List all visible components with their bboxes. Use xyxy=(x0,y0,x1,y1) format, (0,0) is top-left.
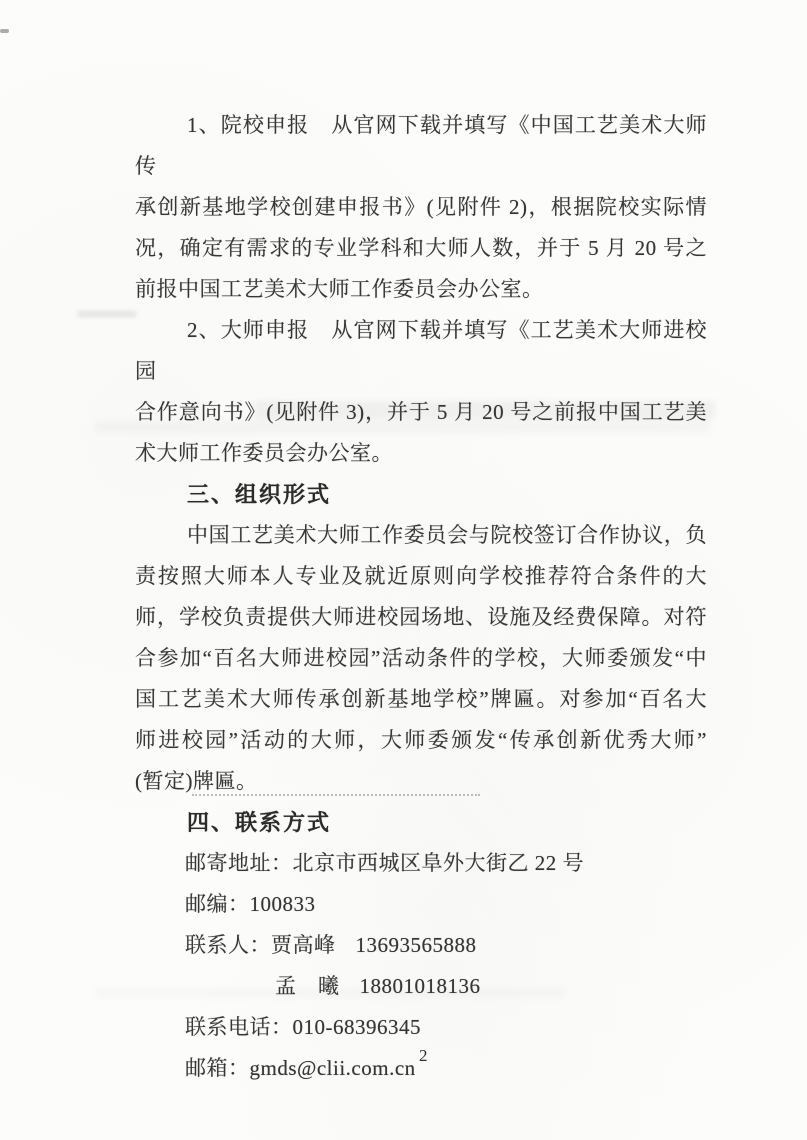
text-line: (暂定)牌匾。 xyxy=(135,761,707,802)
contact-person1-row: 联系人：贾高峰13693565888 xyxy=(185,925,707,966)
contact-address-label: 邮寄地址： xyxy=(185,851,293,875)
paragraph-master-application: 2、大师申报 从官网下载并填写《工艺美术大师进校园合作意向书》(见附件 3)，并… xyxy=(135,310,707,474)
text-line: 合参加“百名大师进校园”活动条件的学校，大师委颁发“中 xyxy=(135,638,707,679)
contact-person-label: 联系人： xyxy=(185,933,271,957)
paragraph-school-application: 1、院校申报 从官网下载并填写《中国工艺美术大师传承创新基地学校创建申报书》(见… xyxy=(135,105,707,310)
section-heading-contact: 四、联系方式 xyxy=(135,802,707,843)
text-line: 前报中国工艺美术大师工作委员会办公室。 xyxy=(135,269,707,310)
text-line: 责按照大师本人专业及就近原则向学校推荐符合条件的大 xyxy=(135,556,707,597)
contact-address-value: 北京市西城区阜外大街乙 22 号 xyxy=(293,851,585,875)
text-line: 承创新基地学校创建申报书》(见附件 2)，根据院校实际情 xyxy=(135,187,707,228)
text-line: 况，确定有需求的专业学科和大师人数，并于 5 月 20 号之 xyxy=(135,228,707,269)
contact-postcode-row: 邮编：100833 xyxy=(185,884,707,925)
text-line: 合作意向书》(见附件 3)，并于 5 月 20 号之前报中国工艺美 xyxy=(135,392,707,433)
contact-person1-name: 贾高峰 xyxy=(271,933,336,957)
contact-person2-phone: 18801018136 xyxy=(360,974,481,998)
document-page: 1、院校申报 从官网下载并填写《中国工艺美术大师传承创新基地学校创建申报书》(见… xyxy=(0,0,807,1140)
contact-address-row: 邮寄地址：北京市西城区阜外大街乙 22 号 xyxy=(185,843,707,884)
contact-email-value: gmds@clii.com.cn xyxy=(250,1056,416,1080)
text-line: 中国工艺美术大师工作委员会与院校签订合作协议，负 xyxy=(135,515,707,556)
text-line: 术大师工作委员会办公室。 xyxy=(135,433,707,474)
text-line: 2、大师申报 从官网下载并填写《工艺美术大师进校园 xyxy=(135,310,707,392)
contact-person1-phone: 13693565888 xyxy=(356,933,477,957)
contact-postcode-label: 邮编： xyxy=(185,892,250,916)
page-number: 2 xyxy=(419,1046,428,1066)
scan-smudge xyxy=(78,311,136,317)
scan-edge-mark xyxy=(0,29,9,33)
document-body: 1、院校申报 从官网下载并填写《中国工艺美术大师传承创新基地学校创建申报书》(见… xyxy=(135,105,707,1089)
contact-person2-name: 孟 曦 xyxy=(275,974,340,998)
contact-phone-label: 联系电话： xyxy=(185,1015,293,1039)
text-line: 师，学校负责提供大师进校园场地、设施及经费保障。对符 xyxy=(135,597,707,638)
section-heading-organization: 三、组织形式 xyxy=(135,474,707,515)
text-line: 1、院校申报 从官网下载并填写《中国工艺美术大师传 xyxy=(135,105,707,187)
contact-email-label: 邮箱： xyxy=(185,1056,250,1080)
text-line: 国工艺美术大师传承创新基地学校”牌匾。对参加“百名大 xyxy=(135,679,707,720)
paragraph-organization: 中国工艺美术大师工作委员会与院校签订合作协议，负责按照大师本人专业及就近原则向学… xyxy=(135,515,707,802)
contact-postcode-value: 100833 xyxy=(250,892,316,916)
text-line: 师进校园”活动的大师，大师委颁发“传承创新优秀大师” xyxy=(135,720,707,761)
contact-phone-row: 联系电话：010-68396345 xyxy=(185,1007,707,1048)
contact-person2-row: 孟 曦18801018136 xyxy=(185,966,707,1007)
contact-phone-value: 010-68396345 xyxy=(293,1015,422,1039)
contact-email-row: 邮箱：gmds@clii.com.cn xyxy=(185,1048,707,1089)
